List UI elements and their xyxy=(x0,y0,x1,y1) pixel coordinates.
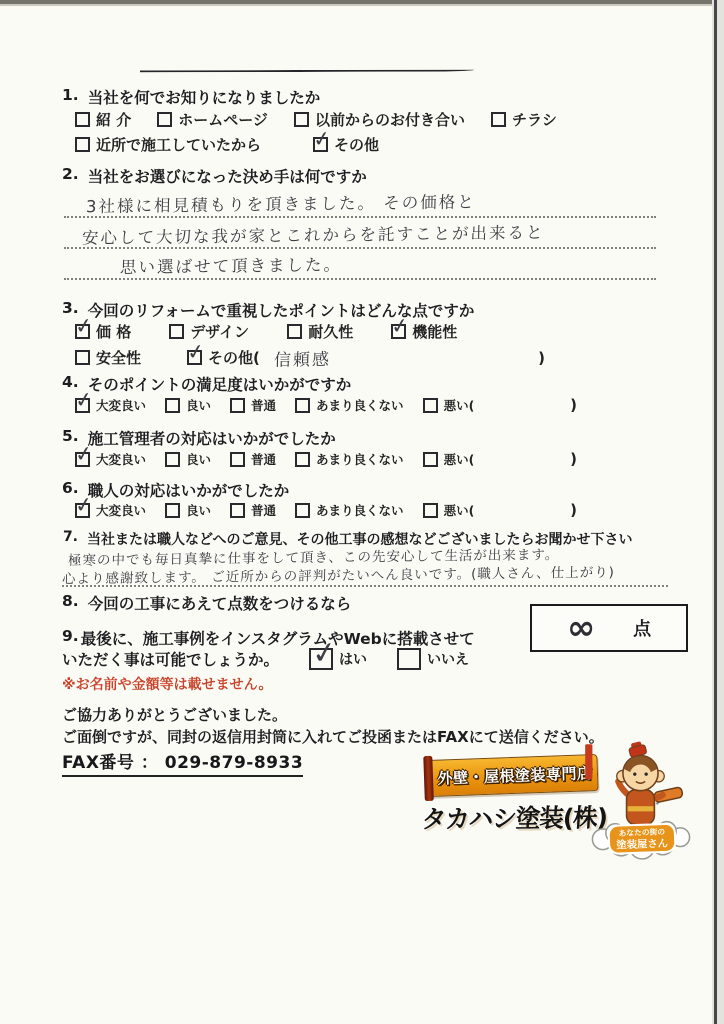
handwritten-comment-line2: 心より感謝致します。 ご近所からの評判がたいへん良いです。(職人さん、仕上がり) xyxy=(62,561,615,589)
option-list: 大変良い 良い 普通 あまり良くない 悪い( xyxy=(75,501,474,519)
checkbox xyxy=(423,503,438,518)
option-label: ホームページ xyxy=(178,109,268,130)
survey-option[interactable]: 耐久性 xyxy=(287,321,353,342)
survey-option[interactable]: 良い xyxy=(165,501,211,519)
privacy-note: ※お名前や金額等は載せません。 xyxy=(62,674,272,694)
company-name: タカハシ塗装(株) xyxy=(421,798,608,836)
svg-text:塗装屋さん: 塗装屋さん xyxy=(616,837,668,852)
answer-line-field[interactable]: 3社様に相見積もりを頂きました。 その価格と xyxy=(64,192,656,218)
close-paren: ) xyxy=(538,349,545,367)
option-list: 大変良い 良い 普通 あまり良くない 悪い( xyxy=(75,396,474,414)
handwritten-answer: 3社様に相見積もりを頂きました。 その価格と xyxy=(64,188,476,218)
handwritten-other-answer: 信頼感 xyxy=(274,344,393,370)
answer-line-field[interactable]: 思い選ばせて頂きました。 xyxy=(64,254,656,280)
checkbox xyxy=(75,112,90,127)
option-label: 普通 xyxy=(251,450,276,468)
answer-line-field[interactable]: 安心して大切な我が家とこれからを託すことが出来ると xyxy=(64,223,656,249)
banner-text: 外壁・屋根塗装専門店 xyxy=(433,762,598,789)
close-paren: ) xyxy=(570,396,577,414)
mascot-badge: あなたの街の 塗装屋さん xyxy=(608,824,675,854)
option-label: チラシ xyxy=(512,109,557,130)
survey-option[interactable]: その他( xyxy=(187,347,260,368)
handwritten-answer: 安心して大切な我が家とこれからを託すことが出来ると xyxy=(64,219,545,250)
scanned-survey-page: 1. 当社を何でお知りになりましたか 紹 介 ホームページ 以前からのお付き合い… xyxy=(0,0,724,1024)
survey-option[interactable]: その他 xyxy=(313,134,379,155)
checkbox xyxy=(187,350,202,365)
checkbox xyxy=(423,398,438,413)
checkbox xyxy=(75,350,90,365)
question-3-options-row1: 価 格 デザイン 耐久性 機能性 xyxy=(75,321,457,342)
checkbox xyxy=(230,398,245,413)
checkbox xyxy=(309,648,333,670)
option-label: 耐久性 xyxy=(308,321,353,342)
question-2-heading: 2. 当社をお選びになった決め手は何ですか xyxy=(62,165,367,187)
survey-option[interactable]: 機能性 xyxy=(391,321,457,342)
question-3-heading: 3. 今回のリフォームで重視したポイントはどんな点ですか xyxy=(62,299,474,321)
question-6-rating-row: 大変良い 良い 普通 あまり良くない 悪い( ) xyxy=(75,501,577,519)
checkbox xyxy=(165,452,180,467)
survey-option[interactable]: あまり良くない xyxy=(295,501,404,519)
survey-option[interactable]: 悪い( xyxy=(423,450,475,468)
question-9-text-line2: いただく事は可能でしょうか。 xyxy=(62,648,279,670)
mascot-side-ribbon xyxy=(585,744,592,779)
option-label: 近所で施工していたから xyxy=(96,134,261,155)
survey-option[interactable]: 大変良い xyxy=(75,396,146,414)
survey-option[interactable]: 近所で施工していたから xyxy=(75,134,261,155)
option-label: 大変良い xyxy=(96,501,146,519)
question-3-options-row2: 安全性 その他( 信頼感 ) xyxy=(75,345,545,370)
question-4-heading: 4. そのポイントの満足度はいかがですか xyxy=(62,373,351,395)
checkbox xyxy=(165,503,180,518)
survey-option[interactable]: 紹 介 xyxy=(75,109,131,130)
question-6-heading: 6. 職人の対応はいかがでしたか xyxy=(62,479,289,501)
checkbox xyxy=(313,137,328,152)
survey-option[interactable]: はい xyxy=(309,648,367,670)
option-label: その他 xyxy=(334,134,379,155)
score-box[interactable]: ∞ 点 xyxy=(530,604,688,652)
option-label: 悪い( xyxy=(444,450,475,468)
option-label: 普通 xyxy=(251,396,276,414)
score-unit-label: 点 xyxy=(633,615,651,641)
checkbox xyxy=(230,503,245,518)
survey-option[interactable]: 普通 xyxy=(230,396,276,414)
option-list: 近所で施工していたから その他 xyxy=(75,134,379,155)
option-label: その他( xyxy=(208,347,260,368)
checkbox xyxy=(165,398,180,413)
mascot-cap xyxy=(628,740,647,757)
survey-option[interactable]: 価 格 xyxy=(75,321,131,342)
close-paren: ) xyxy=(570,501,577,519)
option-list: 価 格 デザイン 耐久性 機能性 xyxy=(75,321,457,342)
scan-edge-top-soft xyxy=(0,4,724,6)
option-label: 良い xyxy=(186,396,211,414)
survey-option[interactable]: 悪い( xyxy=(423,396,475,414)
option-label: 安全性 xyxy=(96,347,141,368)
option-label: 良い xyxy=(186,450,211,468)
handwritten-score: ∞ xyxy=(566,611,595,645)
option-label: 以前からのお付き合い xyxy=(315,109,465,130)
logo-banner: 外壁・屋根塗装専門店 xyxy=(427,754,598,797)
checkbox xyxy=(75,503,90,518)
survey-option[interactable]: 大変良い xyxy=(75,450,146,468)
option-label: あまり良くない xyxy=(316,450,404,468)
close-paren: ) xyxy=(570,450,577,468)
checkbox xyxy=(75,324,90,339)
option-label: 良い xyxy=(186,501,211,519)
survey-option[interactable]: 安全性 xyxy=(75,347,141,368)
checkbox xyxy=(295,452,310,467)
checkbox xyxy=(230,452,245,467)
option-list: 大変良い 良い 普通 あまり良くない 悪い( xyxy=(75,450,474,468)
thanks-message: ご協力ありがとうございました。 xyxy=(62,704,287,725)
option-label: 悪い( xyxy=(444,396,475,414)
question-9-answer-row: いただく事は可能でしょうか。 はい いいえ xyxy=(62,648,469,670)
svg-text:あなたの街の: あなたの街の xyxy=(618,826,665,838)
option-label: 大変良い xyxy=(96,450,146,468)
question-5-heading: 5. 施工管理者の対応はいかがでしたか xyxy=(62,427,336,449)
checkbox xyxy=(294,112,309,127)
checkbox xyxy=(75,452,90,467)
mascot-painter-monkey: あなたの街の 塗装屋さん xyxy=(584,738,698,862)
survey-option[interactable]: チラシ xyxy=(491,109,557,130)
question-8-heading: 8. 今回の工事にあえて点数をつけるなら xyxy=(62,592,351,614)
survey-option[interactable]: 大変良い xyxy=(75,501,146,519)
checkbox xyxy=(423,452,438,467)
checkbox xyxy=(295,398,310,413)
question-1-options-row2: 近所で施工していたから その他 xyxy=(75,134,379,155)
option-label: あまり良くない xyxy=(316,396,404,414)
survey-option[interactable]: 普通 xyxy=(230,501,276,519)
scan-edge-right xyxy=(714,0,717,1024)
survey-option[interactable]: 良い xyxy=(165,450,211,468)
fax-number: FAX番号 ： 029-879-8933 xyxy=(62,748,303,777)
question-4-rating-row: 大変良い 良い 普通 あまり良くない 悪い( ) xyxy=(75,396,577,414)
survey-option[interactable]: 悪い( xyxy=(423,501,475,519)
option-label: 大変良い xyxy=(96,396,146,414)
survey-option[interactable]: いいえ xyxy=(397,648,469,670)
survey-option[interactable]: あまり良くない xyxy=(295,396,404,414)
question-1-heading: 1. 当社を何でお知りになりましたか xyxy=(62,86,320,108)
survey-option[interactable]: デザイン xyxy=(169,321,249,342)
checkbox xyxy=(287,324,302,339)
option-label: あまり良くない xyxy=(316,501,404,519)
survey-option[interactable]: ホームページ xyxy=(157,109,268,130)
checkbox xyxy=(75,137,90,152)
return-instruction: ご面倒ですが、同封の返信用封筒に入れてご投函またはFAXにて送信ください。 xyxy=(62,726,604,747)
option-label: 機能性 xyxy=(412,321,457,342)
checkbox xyxy=(295,503,310,518)
survey-option[interactable]: 良い xyxy=(165,396,211,414)
checkbox xyxy=(169,324,184,339)
option-label: はい xyxy=(339,649,367,669)
answer-line-field[interactable]: 心より感謝致します。 ご近所からの評判がたいへん良いです。(職人さん、仕上がり) xyxy=(62,564,668,587)
question-9-heading: 9. 最後に、施工事例をインスタグラムやWebに搭載させて xyxy=(62,627,475,649)
option-label: いいえ xyxy=(427,649,469,669)
option-label: 紹 介 xyxy=(96,109,131,130)
checkbox xyxy=(391,324,406,339)
title-underline xyxy=(140,70,474,73)
survey-option[interactable]: 普通 xyxy=(230,450,276,468)
checkbox xyxy=(157,112,172,127)
option-label: 価 格 xyxy=(96,321,131,342)
handwritten-answer: 思い選ばせて頂きました。 xyxy=(64,251,343,279)
option-list: はい いいえ xyxy=(309,648,469,670)
option-label: 悪い( xyxy=(444,501,475,519)
survey-option[interactable]: あまり良くない xyxy=(295,450,404,468)
checkbox xyxy=(397,648,421,670)
option-list: 安全性 その他( xyxy=(75,347,260,368)
question-5-rating-row: 大変良い 良い 普通 あまり良くない 悪い( ) xyxy=(75,450,577,468)
option-label: 普通 xyxy=(251,501,276,519)
checkbox xyxy=(75,398,90,413)
checkbox xyxy=(491,112,506,127)
